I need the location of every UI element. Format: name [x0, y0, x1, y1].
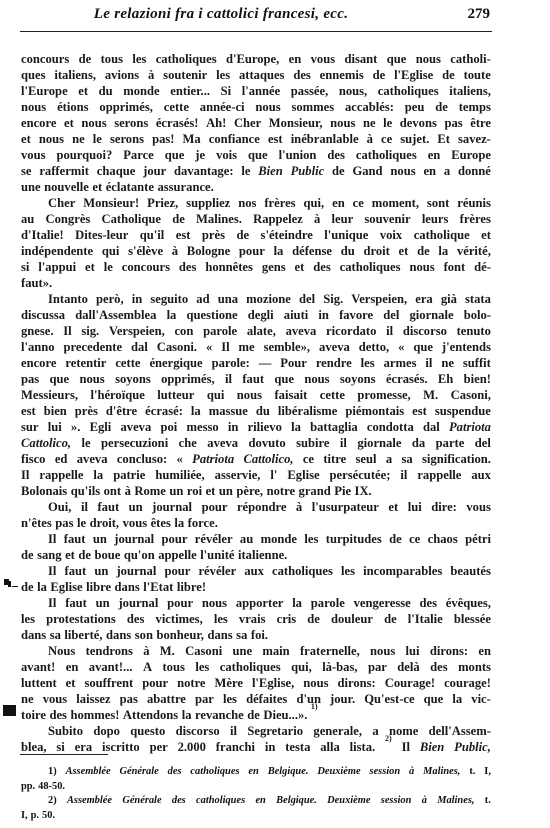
word: droit,	[90, 515, 120, 531]
body-line: etnousneleseronspas!Maconfianceestinébra…	[21, 131, 491, 147]
word: de	[247, 707, 260, 723]
word: est	[412, 403, 427, 419]
word: catholique	[414, 227, 470, 243]
word: blessée	[454, 611, 491, 627]
word: aux	[244, 563, 264, 579]
body-line: concoursdetouslescatholiquesd'Europe,env…	[21, 51, 491, 67]
word: Verspeien,	[109, 323, 165, 339]
word: vous	[311, 51, 336, 67]
word: patrie	[113, 467, 145, 483]
word: serons	[114, 115, 148, 131]
word: s'élève	[128, 243, 163, 259]
word: vengeresse	[354, 595, 411, 611]
word: gens	[262, 259, 286, 275]
word: Cher	[234, 115, 261, 131]
word: alla	[320, 739, 340, 755]
word: force.	[188, 515, 218, 531]
word: jour	[143, 163, 166, 179]
word: ricordato	[326, 323, 376, 339]
word: Bologne	[187, 243, 230, 259]
word: la	[452, 691, 462, 707]
word: aveva	[77, 451, 108, 467]
word: le	[93, 131, 102, 147]
word: del	[475, 435, 491, 451]
body-line: seraffermitchaquejourdavantage:leBienPub…	[21, 163, 491, 179]
word: ce	[303, 451, 314, 467]
word: I,	[484, 765, 491, 780]
word: era	[75, 739, 92, 755]
word: sa	[401, 451, 412, 467]
word: rappelle	[417, 467, 461, 483]
word: le	[77, 515, 86, 531]
word: catholiques	[356, 147, 417, 163]
word: cris	[277, 611, 297, 627]
word: la	[438, 243, 448, 259]
word: persécutée;	[330, 467, 391, 483]
word: Parce	[123, 147, 154, 163]
word: seguito	[150, 291, 188, 307]
body-line: vouspourquoi?Parcequejevoisquel'uniondes…	[21, 147, 491, 163]
word: Mère	[215, 675, 243, 691]
word: ne	[441, 355, 454, 371]
word: l'Europe	[21, 83, 68, 99]
body-line: l'Europeetdumondeentier...Sil'annéepassé…	[21, 83, 491, 99]
word: lista.	[350, 739, 376, 755]
word: laissez	[76, 691, 110, 707]
footnote-ref: 2)	[385, 739, 392, 755]
body-line: Cattolico,lepersecuzionicheavevadovutosu…	[21, 435, 491, 451]
word: aiuti	[284, 307, 309, 323]
word: catholiques	[340, 259, 401, 275]
word: se	[21, 163, 32, 179]
header-rule	[20, 31, 492, 32]
word: Messieurs,	[21, 387, 78, 403]
word: dovuto	[249, 435, 286, 451]
word: tendrons	[86, 643, 133, 659]
word: de	[236, 227, 249, 243]
word: pour	[239, 243, 265, 259]
word: tenuto	[457, 323, 491, 339]
word: des	[293, 67, 311, 83]
word: Congrès	[46, 211, 91, 227]
word: en	[428, 147, 441, 163]
body-line: lesprotestationsdesvictimes,lesvraiscris…	[21, 611, 491, 627]
word: aveva	[207, 435, 238, 451]
word: journal	[114, 531, 154, 547]
word: en	[423, 163, 436, 179]
word: confiance	[209, 131, 260, 147]
word: a	[372, 723, 378, 739]
word: réunis	[457, 195, 491, 211]
word: que	[248, 147, 268, 163]
body-line: n'êtespasledroit,vousêteslaforce.	[21, 515, 491, 531]
word: au	[21, 211, 34, 227]
word: évêques,	[446, 595, 491, 611]
word: A	[143, 659, 152, 675]
word: aux	[471, 467, 491, 483]
word: que	[165, 147, 185, 163]
word: et	[64, 115, 74, 131]
word: del	[383, 307, 399, 323]
word: d'Europe,	[226, 51, 279, 67]
word: piémontais	[345, 403, 404, 419]
word: condotta	[367, 419, 414, 435]
word: l'Etat	[143, 579, 173, 595]
word: main	[262, 643, 289, 659]
word: in	[318, 307, 329, 323]
word: dé-	[474, 259, 491, 275]
word: dal	[131, 339, 148, 355]
word: la	[93, 467, 103, 483]
word: un	[129, 499, 143, 515]
word: un	[169, 483, 183, 499]
word: avant!	[21, 659, 55, 675]
word: discorso	[176, 723, 220, 739]
word: 50.	[42, 809, 55, 824]
word: Il	[402, 739, 410, 755]
word: vous	[123, 515, 148, 531]
word: est	[268, 131, 283, 147]
word: Bien	[258, 163, 283, 179]
word: grand	[299, 483, 331, 499]
word: M.	[423, 387, 438, 403]
word: les	[214, 611, 228, 627]
word: faut	[97, 499, 119, 515]
word: l'unique	[324, 227, 368, 243]
word: tous	[162, 659, 184, 675]
word: en	[66, 659, 79, 675]
word: session	[370, 765, 401, 780]
word: semble»,	[264, 339, 311, 355]
word: au	[240, 531, 253, 547]
body-line: indépendentequis'élèveàBolognepourladéfe…	[21, 243, 491, 259]
word: l'Eglise,	[252, 675, 294, 691]
word: t.	[485, 794, 491, 809]
body-line: Messieurs,l'héroïquelutteurquinousfaisai…	[21, 387, 491, 403]
word: des	[168, 765, 182, 780]
word: foi.	[251, 627, 268, 643]
word: qu'il	[140, 227, 165, 243]
word: me	[239, 339, 255, 355]
word: Monsieur,	[269, 115, 323, 131]
word: blea,	[21, 739, 47, 755]
word: et	[65, 547, 75, 563]
word: avions	[105, 67, 139, 83]
word: suppliez	[186, 195, 230, 211]
body-line: encoreetnousseronsécrasés!Ah!CherMonsieu…	[21, 115, 491, 131]
word: cette	[164, 99, 189, 115]
word: italienne.	[238, 547, 287, 563]
word: lui	[408, 499, 422, 515]
word: l'héroïque	[90, 387, 144, 403]
word: pp.	[21, 780, 35, 795]
word: hommes!	[70, 707, 119, 723]
word: l'appui	[38, 259, 76, 275]
word: Pour	[280, 355, 307, 371]
word: vérité,	[457, 243, 491, 259]
word: chaos	[428, 531, 458, 547]
word: pour	[142, 675, 168, 691]
word: et	[21, 131, 31, 147]
word: journal	[152, 499, 192, 515]
word: Eh	[438, 371, 453, 387]
word: de	[389, 531, 402, 547]
word: alate,	[247, 323, 276, 339]
word: l'usurpateur	[312, 499, 379, 515]
word: que	[387, 51, 407, 67]
body-line: SubitodopoquestodiscorsoilSegretariogene…	[21, 723, 491, 739]
word: une	[21, 179, 41, 195]
running-header: Le relazioni fra i cattolici francesi, e…	[21, 6, 492, 30]
word: en	[289, 51, 302, 67]
word: devons	[400, 115, 437, 131]
word: vic-	[471, 691, 491, 707]
word: défaites	[246, 691, 287, 707]
word: Malines.	[196, 211, 242, 227]
word: et	[481, 227, 491, 243]
footnote-rule	[20, 754, 108, 755]
word: aveva	[286, 323, 317, 339]
word: iscritto	[102, 739, 140, 755]
word: avant!...	[89, 659, 133, 675]
word: de	[417, 243, 430, 259]
body-line: sil'appuietleconcoursdeshonnêtesgensetde…	[21, 259, 491, 275]
word: les	[216, 67, 230, 83]
word: Attendons	[123, 707, 178, 723]
word: l'année	[242, 83, 280, 99]
word: abattre	[147, 691, 186, 707]
word: parole:	[212, 355, 250, 371]
word: souffrent	[84, 675, 133, 691]
word: opprimés,	[161, 371, 215, 387]
word: Malines,	[437, 794, 474, 809]
body-line: blea,sieraiscrittoper2.000franchiintesta…	[21, 739, 491, 755]
word: son	[135, 627, 153, 643]
word: l'union	[279, 147, 317, 163]
word: battaglia	[310, 419, 358, 435]
word: dal	[423, 419, 440, 435]
word: les	[195, 659, 209, 675]
word: italiens,	[449, 83, 491, 99]
word: il	[81, 499, 88, 515]
word: révéler	[195, 531, 233, 547]
body-line: fiscoedavevaconcluso:«PatriotaCattolico,…	[21, 451, 491, 467]
footnote-line: I,p.50.	[21, 809, 491, 824]
word: Egli	[90, 419, 112, 435]
word: écrasés!	[156, 115, 199, 131]
word: jour.	[330, 691, 355, 707]
word: in	[132, 291, 143, 307]
word: nous	[416, 51, 441, 67]
word: nouvelle	[44, 179, 89, 195]
body-line: luttentetsouffrentpournotreMèrel'Eglise,…	[21, 675, 491, 691]
word: sont	[427, 195, 449, 211]
word: l'unité	[200, 547, 234, 563]
word: j'entends	[442, 339, 491, 355]
word: Bien	[420, 739, 445, 755]
word: des	[127, 611, 145, 627]
word: nous	[390, 163, 415, 179]
word: «	[206, 339, 212, 355]
word: vous	[21, 147, 46, 163]
word: parole	[203, 323, 237, 339]
word: attaques	[239, 67, 284, 83]
word: de	[21, 547, 34, 563]
body-line: delaEgliselibredansl'Etatlibre!	[21, 579, 491, 595]
word: Il	[21, 467, 29, 483]
word: davantage:	[174, 163, 233, 179]
word: un	[94, 563, 108, 579]
word: «	[177, 451, 183, 467]
word: et	[66, 675, 76, 691]
word: suffit	[463, 355, 491, 371]
word: défense	[292, 243, 332, 259]
word: fraternelle,	[300, 643, 360, 659]
word: n'êtes	[21, 515, 52, 531]
word: nous	[409, 259, 434, 275]
word: Assemblée	[67, 794, 112, 809]
word: Qu'est-ce	[364, 691, 414, 707]
word: revanche	[195, 707, 244, 723]
body-line: toiredeshommes!AttendonslarevanchedeDieu…	[21, 707, 491, 723]
body-line: CherMonsieur!Priez,supplieznosfrèresqui,…	[21, 195, 491, 211]
word: pas	[444, 115, 462, 131]
word: rendre	[316, 355, 352, 371]
word: Casoni.	[157, 339, 197, 355]
word: faisait	[274, 387, 307, 403]
word: pourquoi?	[56, 147, 112, 163]
word: à	[125, 483, 131, 499]
word: Il	[48, 595, 56, 611]
word: qui,	[304, 195, 325, 211]
word: ad	[196, 291, 209, 307]
word: à	[367, 131, 373, 147]
word: que	[424, 691, 444, 707]
body-line: encoreretentircetteénergiqueparole:—Pour…	[21, 355, 491, 371]
word: ne	[363, 115, 376, 131]
word: il	[230, 723, 237, 739]
word: in	[265, 739, 276, 755]
word: leur	[332, 211, 354, 227]
word: libéralisme	[278, 403, 337, 419]
word: t.	[469, 765, 475, 780]
word: par	[195, 691, 214, 707]
word: les	[304, 531, 318, 547]
word: honnêtes	[205, 259, 253, 275]
word: Dites-leur	[75, 227, 128, 243]
word: de	[78, 547, 91, 563]
word: nous	[303, 675, 328, 691]
word: répondre	[237, 499, 286, 515]
word: nous	[330, 115, 355, 131]
word: libre!	[177, 579, 206, 595]
word: catholiques	[272, 563, 333, 579]
word: d'Italie!	[21, 227, 64, 243]
word: lui	[48, 419, 62, 435]
word: Cattolico,	[243, 451, 293, 467]
word: suspendue	[435, 403, 491, 419]
word: dans	[21, 627, 46, 643]
word: cette	[320, 387, 345, 403]
body-line: Intantoperò,inseguitoadunamozionedelSig.…	[21, 291, 491, 307]
word: protestations	[46, 611, 116, 627]
word: roi	[187, 483, 202, 499]
body-line: gnese.Ilsig.Verspeien,conparolealate,ave…	[21, 323, 491, 339]
footnotes: 1)AssembléeGénéraledescatholiquesenBelgi…	[21, 765, 491, 823]
word: qu'on	[124, 547, 155, 563]
word: concours	[21, 51, 69, 67]
word: l'Eglise	[394, 67, 433, 83]
word: la	[37, 579, 47, 595]
body-line: d'Italie!Dites-leurqu'ilestprèsdes'étein…	[21, 227, 491, 243]
word: faut	[64, 531, 86, 547]
word: per	[150, 739, 168, 755]
word: inébranlable	[291, 131, 359, 147]
word: fisco	[21, 451, 45, 467]
word: giornale	[409, 307, 453, 323]
word: soyons	[115, 371, 151, 387]
word: nous	[202, 595, 227, 611]
word: pour	[202, 499, 228, 515]
word: Casoni,	[451, 387, 491, 403]
word: dall'Assemblea	[75, 307, 156, 323]
word: gnese.	[21, 323, 54, 339]
word: les	[361, 355, 375, 371]
word: Assemblée	[66, 765, 111, 780]
word: Eglise	[50, 579, 82, 595]
word: nous	[370, 643, 395, 659]
word: questo	[130, 723, 165, 739]
word: dire:	[431, 499, 457, 515]
body-line: discussadall'Assemblealaquestionedegliai…	[21, 307, 491, 323]
word: soutenir	[163, 67, 207, 83]
word: dirons:	[430, 643, 468, 659]
word: sig.	[81, 323, 99, 339]
running-title: Le relazioni fra i cattolici francesi, e…	[21, 6, 421, 23]
word: et	[295, 259, 305, 275]
word: encore	[21, 115, 56, 131]
word: boue	[94, 547, 120, 563]
word: de	[21, 579, 34, 595]
word: victimes,	[156, 611, 203, 627]
word: beautés	[450, 563, 491, 579]
word: les	[21, 611, 35, 627]
body-line: desangetdebouequ'onappellel'unitéitalien…	[21, 547, 491, 563]
word: à	[296, 499, 302, 515]
word: une	[233, 643, 253, 659]
word: du	[341, 243, 355, 259]
word: du	[99, 83, 113, 99]
word: p.	[31, 809, 39, 824]
word: sa	[50, 627, 61, 643]
word: toire	[21, 707, 46, 723]
word: il	[425, 355, 432, 371]
word: era	[415, 291, 432, 307]
word: «	[398, 339, 404, 355]
word: éclatante	[106, 179, 154, 195]
word: être	[470, 115, 491, 131]
word: douleur	[331, 611, 373, 627]
word: le	[241, 163, 250, 179]
word: ce	[409, 531, 420, 547]
word: accablés:	[345, 99, 394, 115]
word: bonheur,	[156, 627, 203, 643]
word: la	[292, 595, 302, 611]
word: turpitudes	[326, 531, 382, 547]
word: droit	[363, 243, 389, 259]
word: massue	[209, 403, 248, 419]
word: pour	[164, 563, 190, 579]
